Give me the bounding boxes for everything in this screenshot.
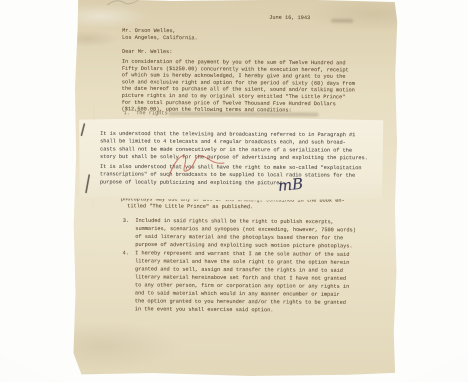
red-pencil-mark (165, 148, 240, 183)
attachment-slip: It is understood that the televising and… (78, 116, 384, 202)
salutation: Dear Mr. Welles: (122, 49, 172, 56)
paragraph-consideration: In consideration of the payment by you o… (122, 59, 356, 115)
recipient-city: Los Angeles, California. (122, 35, 198, 42)
staple-top-icon (81, 123, 86, 136)
clause-1-fragment: 1. The rights (123, 110, 167, 117)
pencil-scribble (105, 0, 140, 8)
pencil-smudge (331, 19, 353, 23)
staple-bottom-icon (85, 174, 90, 193)
clause-4: 4. I hereby represent and warrant that I… (122, 249, 349, 315)
paragraph-drawings-line-2: titled "The Little Prince" as published. (121, 203, 253, 210)
initials-monogram: mB (277, 175, 304, 195)
scan-surface: June 16, 1943 Mr. Orson Welles, Los Ange… (0, 0, 468, 382)
letter-date: June 16, 1943 (269, 15, 310, 22)
clause-3: 3. Included in said rights shall be the … (123, 217, 356, 251)
clause-1-smudge (169, 112, 319, 117)
scanned-letter-photo: June 16, 1943 Mr. Orson Welles, Los Ange… (0, 0, 468, 382)
